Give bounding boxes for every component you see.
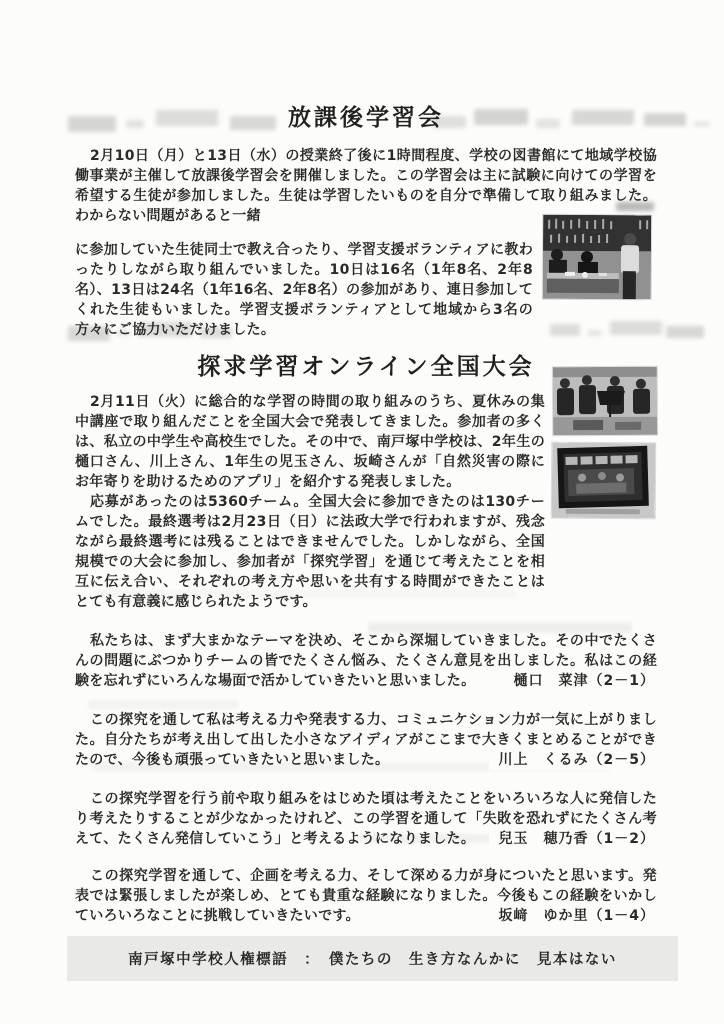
testimonial-block: この探究学習を行う前や取り組みをはじめた頃は考えたことをいろいろな人に発信したり… [75,789,657,849]
section-title-national-contest: 探求学習オンライン全国大会 [75,352,657,382]
newsletter-content: 放課後学習会 2月10日（月）と13日（水）の授業終了後に1時間程度、学校の図書… [75,0,657,981]
ink-bleed-smudge [666,326,704,338]
national-paragraph-2: 応募があったのは5360チーム。全国大会に参加できたのは130チームでした。最終… [75,492,545,612]
testimonial-author: 樋口 菜津（2－1） [504,671,655,691]
school-slogan-bar: 南戸塚中学校人権標語 ： 僕たちの 生き方なんかに 見本はない [67,936,678,981]
testimonial-block: この探究学習を通して、企画を考える力、そして深める力が身についたと思います。発表… [75,866,657,926]
school-slogan-text: 南戸塚中学校人権標語 ： 僕たちの 生き方なんかに 見本はない [128,948,617,969]
testimonial-author: 坂﨑 ゆか里（1－4） [489,906,655,926]
national-paragraph-1: 2月11日（火）に総合的な学習の時間の取り組みのうち、夏休みの集中講座で取り組ん… [75,392,545,492]
section-title-afterschool-study: 放課後学習会 [75,103,657,133]
ink-bleed-smudge [694,121,710,127]
afterschool-paragraph-part1: 2月10日（月）と13日（水）の授業終了後に1時間程度、学校の図書館にて地域学校… [75,146,657,226]
afterschool-paragraph-part2: に参加していた生徒同士で教え合ったり、学習支援ボランティアに教わったりしながら取… [75,240,533,340]
testimonial-block: この探究を通して私は考える力や発表する力、コミュニケション力が一気に上がりました… [75,710,657,770]
testimonial-block: 私たちは、まず大まかなテーマを決め、そこから深堀していきました。その中でたくさん… [75,631,657,691]
testimonial-author: 兒玉 穂乃香（1－2） [489,829,655,849]
scanned-newsletter-page: 放課後学習会 2月10日（月）と13日（水）の授業終了後に1時間程度、学校の図書… [0,0,724,1024]
testimonial-author: 川上 くるみ（2－5） [489,750,655,770]
